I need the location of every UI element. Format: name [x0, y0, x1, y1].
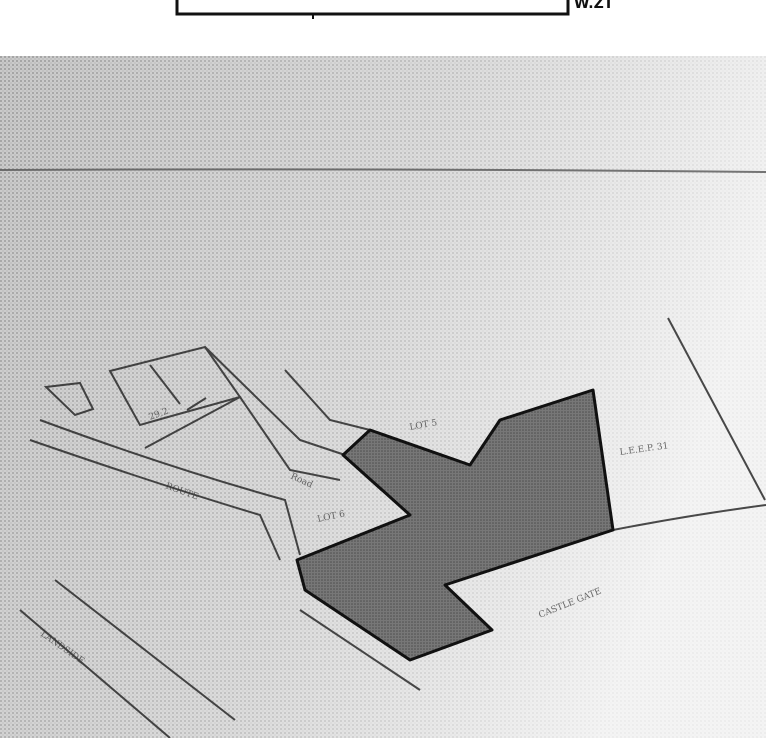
plat-map: W.ZT 29.2 ROUTE LOT 6 LOT 5 Roa: [0, 0, 766, 738]
header-band: [0, 0, 766, 56]
page-mark: W.ZT: [574, 0, 614, 12]
